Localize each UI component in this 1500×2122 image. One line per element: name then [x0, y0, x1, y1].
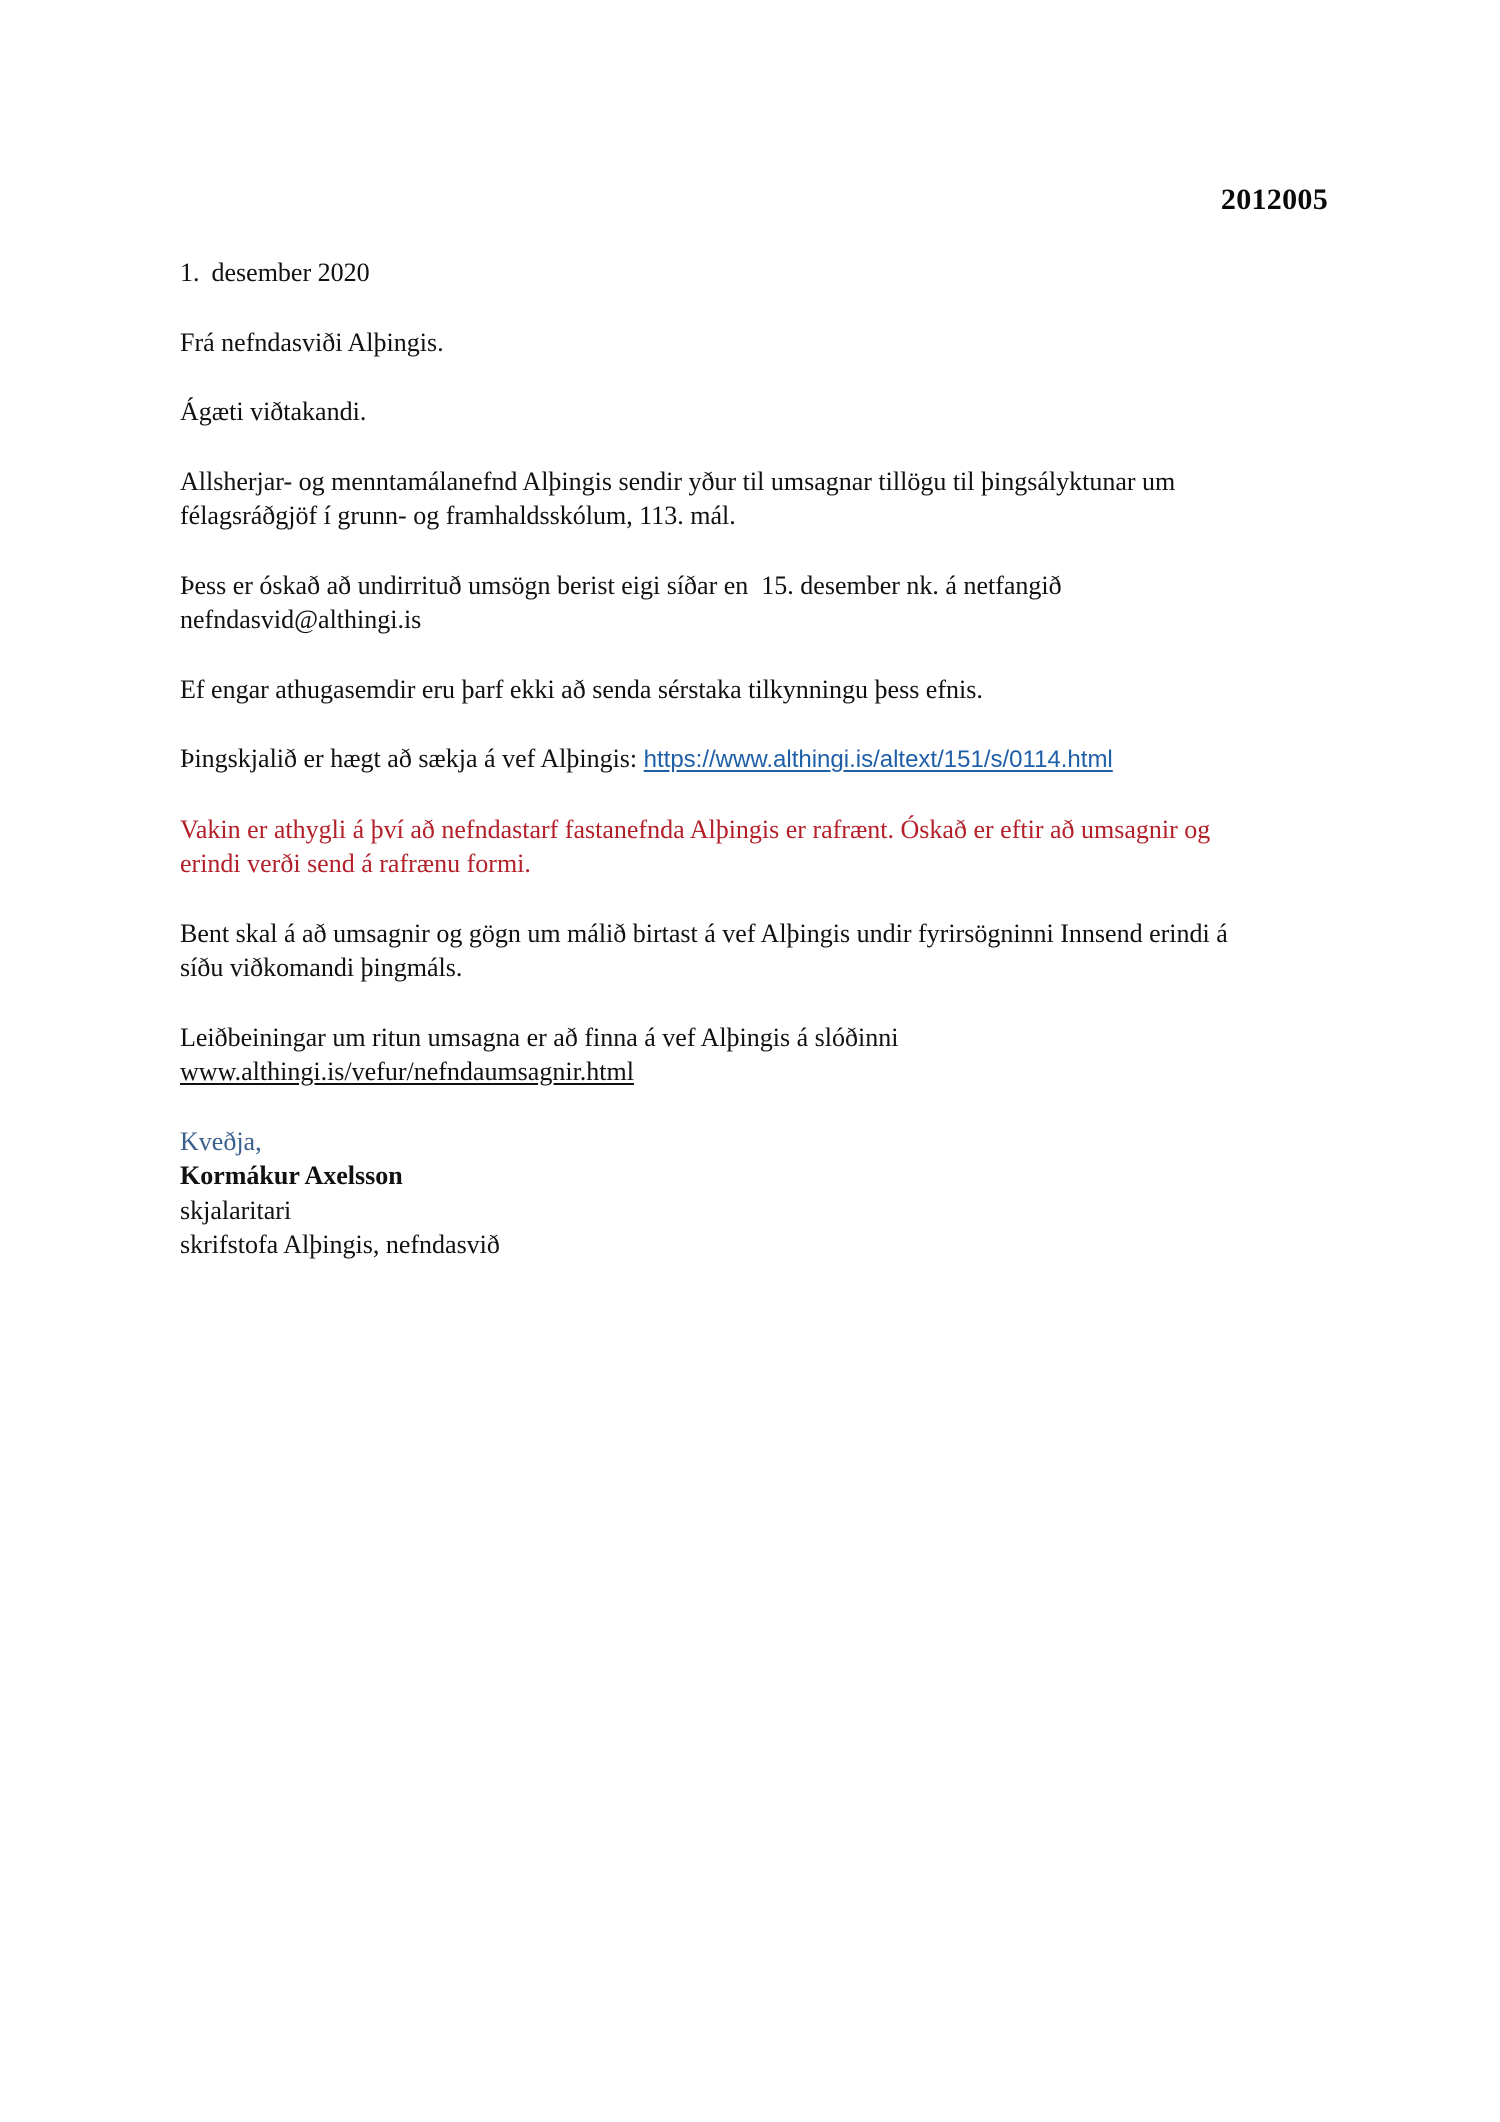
guidelines-text: Leiðbeiningar um ritun umsagna er að fin…	[180, 1021, 1330, 1056]
signature-name: Kormákur Axelsson	[180, 1159, 1330, 1194]
deadline-paragraph: Þess er óskað að undirrituð umsögn beris…	[180, 569, 1330, 638]
electronic-notice-line-1: Vakin er athygli á því að nefndastarf fa…	[180, 813, 1330, 848]
sender-line: Frá nefndasviði Alþingis.	[180, 326, 1330, 361]
no-comments-paragraph: Ef engar athugasemdir eru þarf ekki að s…	[180, 673, 1330, 708]
date-day: 1.	[180, 258, 200, 287]
guidelines-paragraph: Leiðbeiningar um ritun umsagna er að fin…	[180, 1021, 1330, 1090]
document-link[interactable]: https://www.althingi.is/altext/151/s/011…	[644, 746, 1113, 773]
letter-date: 1.desember 2020	[180, 256, 1330, 291]
intro-paragraph: Allsherjar- og menntamálanefnd Alþingis …	[180, 465, 1330, 534]
electronic-notice-line-2: erindi verði send á rafrænu formi.	[180, 847, 1330, 882]
deadline-line-1: Þess er óskað að undirrituð umsögn beris…	[180, 569, 1330, 604]
guidelines-link[interactable]: www.althingi.is/vefur/nefndaumsagnir.htm…	[180, 1057, 634, 1086]
email-address: nefndasvid@althingi.is	[180, 603, 1330, 638]
document-link-prefix: Þingskjalið er hægt að sækja á vef Alþin…	[180, 744, 644, 773]
letter-page: 2012005 1.desember 2020 Frá nefndasviði …	[0, 0, 1500, 2122]
date-month-year: desember 2020	[212, 258, 370, 287]
signature-office: skrifstofa Alþingis, nefndasvið	[180, 1228, 1330, 1263]
document-link-paragraph: Þingskjalið er hægt að sækja á vef Alþin…	[180, 742, 1330, 778]
publication-line-1: Bent skal á að umsagnir og gögn um málið…	[180, 917, 1330, 952]
intro-line-1: Allsherjar- og menntamálanefnd Alþingis …	[180, 465, 1330, 500]
signature-closing: Kveðja,	[180, 1125, 1330, 1160]
publication-line-2: síðu viðkomandi þingmáls.	[180, 951, 1330, 986]
salutation: Ágæti viðtakandi.	[180, 395, 1330, 430]
intro-line-2: félagsráðgjöf í grunn- og framhaldsskólu…	[180, 499, 1330, 534]
letter-body: 1.desember 2020 Frá nefndasviði Alþingis…	[180, 256, 1330, 1263]
signature-block: Kveðja, Kormákur Axelsson skjalaritari s…	[180, 1125, 1330, 1263]
electronic-notice-paragraph: Vakin er athygli á því að nefndastarf fa…	[180, 813, 1330, 882]
signature-title: skjalaritari	[180, 1194, 1330, 1229]
reference-number: 2012005	[1221, 183, 1328, 217]
publication-paragraph: Bent skal á að umsagnir og gögn um málið…	[180, 917, 1330, 986]
